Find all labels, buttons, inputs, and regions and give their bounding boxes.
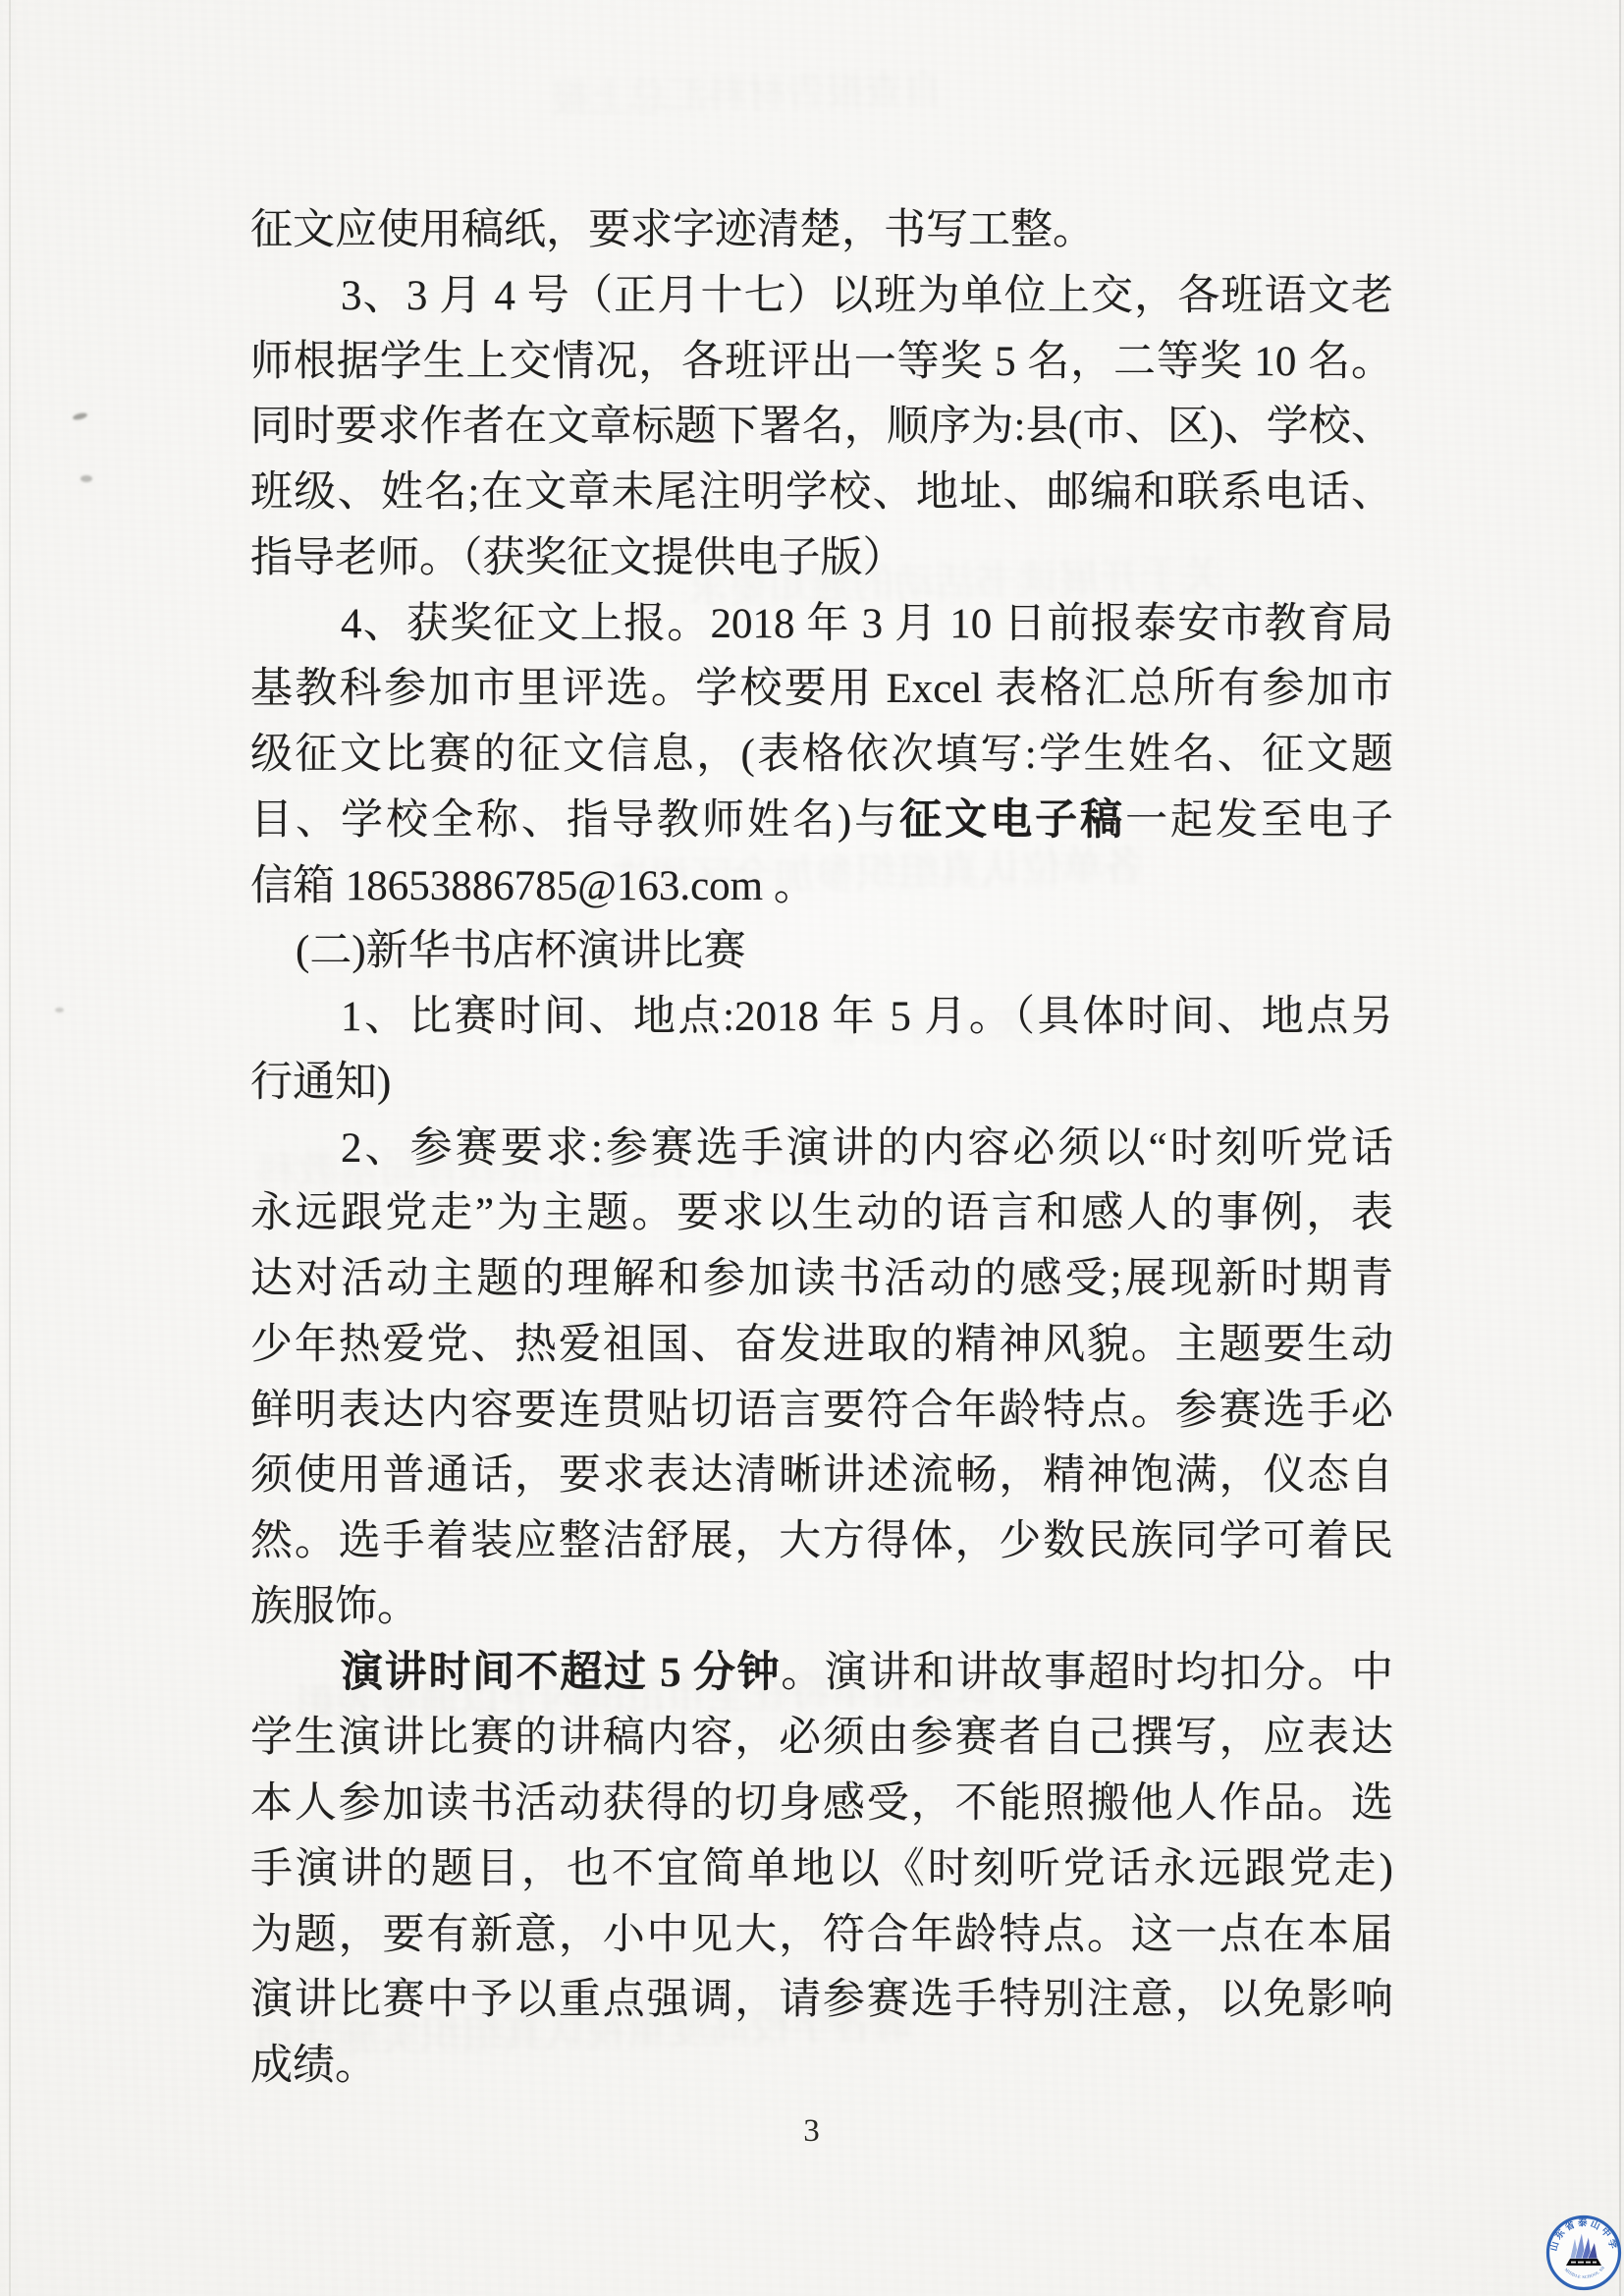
scan-edge-line-left	[9, 0, 11, 2296]
body-text: 成绩。	[250, 2043, 377, 2089]
body-text: 少年热爱党、热爱祖国、奋发进取的精神风貌。主题要生动	[250, 1322, 1393, 1368]
text-line: (二)新华书店杯演讲比赛	[250, 919, 1393, 985]
text-line: 指导老师。（获奖征文提供电子版）	[250, 526, 1393, 592]
page-number: 3	[0, 2113, 1624, 2150]
body-text: 4、获奖征文上报。2018 年 3 月 10 日前报泰安市教育局	[341, 601, 1393, 647]
text-line: 然。选手着装应整洁舒展，大方得体，少数民族同学可着民	[250, 1509, 1393, 1575]
body-text: 信箱 18653886785@163.com 。	[250, 863, 816, 909]
text-line: 演讲比赛中予以重点强调，请参赛选手特别注意，以免影响	[250, 1968, 1393, 2034]
scan-smudge	[81, 475, 92, 482]
body-text: 须使用普通话，要求表达清晰讲述流畅，精神饱满，仪态自	[250, 1452, 1393, 1499]
body-text: 演讲比赛中予以重点强调，请参赛选手特别注意，以免影响	[250, 1977, 1393, 2023]
body-text: 然。选手着装应整洁舒展，大方得体，少数民族同学可着民	[250, 1518, 1393, 1564]
text-line: 少年热爱党、热爱祖国、奋发进取的精神风貌。主题要生动	[250, 1313, 1393, 1379]
scan-smudge	[72, 411, 87, 420]
text-line: 族服饰。	[250, 1575, 1393, 1641]
body-text: 师根据学生上交情况，各班评出一等奖 5 名，二等奖 10 名。	[250, 339, 1393, 385]
text-line: 鲜明表达内容要连贯贴切语言要符合年龄特点。参赛选手必	[250, 1379, 1393, 1445]
text-line: 基教科参加市里评选。学校要用 Excel 表格汇总所有参加市	[250, 657, 1393, 723]
emphasis-text: 演讲时间不超过 5 分钟	[341, 1650, 781, 1696]
text-line: 1、比赛时间、地点:2018 年 5 月。（具体时间、地点另	[250, 985, 1393, 1051]
body-text: 同时要求作者在文章标题下署名，顺序为:县(市、区)、学校、	[250, 404, 1393, 450]
scan-edge-line-right	[1619, 0, 1621, 2296]
text-line: 目、学校全称、指导教师姓名)与征文电子稿一起发至电子	[250, 789, 1393, 854]
body-text: 基教科参加市里评选。学校要用 Excel 表格汇总所有参加市	[250, 666, 1393, 712]
body-text: 鲜明表达内容要连贯贴切语言要符合年龄特点。参赛选手必	[250, 1388, 1393, 1434]
body-text: 目、学校全称、指导教师姓名)与	[250, 797, 899, 844]
text-line: 师根据学生上交情况，各班评出一等奖 5 名，二等奖 10 名。	[250, 330, 1393, 396]
school-seal-logo: 山东省泰山中学 TAI SHAN MIDDLE SCHOOL SHANDONG	[1544, 2214, 1623, 2292]
scanned-document-page: 自查报告材料汇总上报关于开展读书活动的通知要求各单位认真组织参加全区评选时间另行…	[0, 0, 1624, 2296]
text-line: 2、参赛要求:参赛选手演讲的内容必须以“时刻听党话	[250, 1117, 1393, 1182]
body-text: 为题，要有新意，小中见大，符合年龄特点。这一点在本届	[250, 1912, 1393, 1958]
body-text: 一起发至电子	[1125, 797, 1393, 844]
text-line: 永远跟党走”为主题。要求以生动的语言和感人的事例，表	[250, 1181, 1393, 1247]
body-text: 指导老师。（获奖征文提供电子版）	[250, 535, 905, 581]
text-line: 须使用普通话，要求表达清晰讲述流畅，精神饱满，仪态自	[250, 1444, 1393, 1509]
body-text: (二)新华书店杯演讲比赛	[296, 928, 746, 974]
text-line: 信箱 18653886785@163.com 。	[250, 854, 1393, 920]
text-line: 达对活动主题的理解和参加读书活动的感受;展现新时期青	[250, 1247, 1393, 1313]
body-text: 本人参加读书活动获得的切身感受，不能照搬他人作品。选	[250, 1780, 1393, 1827]
body-text: 1、比赛时间、地点:2018 年 5 月。（具体时间、地点另	[341, 994, 1393, 1040]
text-line: 征文应使用稿纸，要求字迹清楚，书写工整。	[250, 198, 1393, 264]
body-text: 手演讲的题目，也不宜简单地以《时刻听党话永远跟党走)	[250, 1846, 1393, 1892]
scan-smudge	[55, 1008, 64, 1012]
body-text: 征文应使用稿纸，要求字迹清楚，书写工整。	[250, 207, 1095, 253]
text-line: 4、获奖征文上报。2018 年 3 月 10 日前报泰安市教育局	[250, 592, 1393, 658]
body-text: 2、参赛要求:参赛选手演讲的内容必须以“时刻听党话	[341, 1125, 1393, 1172]
text-line: 演讲时间不超过 5 分钟。演讲和讲故事超时均扣分。中	[250, 1641, 1393, 1707]
text-line: 同时要求作者在文章标题下署名，顺序为:县(市、区)、学校、	[250, 395, 1393, 461]
text-line: 行通知)	[250, 1051, 1393, 1117]
text-line: 班级、姓名;在文章未尾注明学校、地址、邮编和联系电话、	[250, 461, 1393, 526]
body-text: 级征文比赛的征文信息，(表格依次填写:学生姓名、征文题	[250, 732, 1393, 778]
emphasis-text: 征文电子稿	[899, 797, 1125, 844]
body-text: 3、3 月 4 号（正月十七）以班为单位上交，各班语文老	[341, 273, 1393, 319]
body-text: 。演讲和讲故事超时均扣分。中	[781, 1650, 1393, 1696]
text-line: 成绩。	[250, 2034, 1393, 2100]
document-body: 征文应使用稿纸，要求字迹清楚，书写工整。3、3 月 4 号（正月十七）以班为单位…	[250, 198, 1393, 2100]
text-line: 为题，要有新意，小中见大，符合年龄特点。这一点在本届	[250, 1903, 1393, 1969]
body-text: 班级、姓名;在文章未尾注明学校、地址、邮编和联系电话、	[250, 469, 1393, 516]
text-line: 学生演讲比赛的讲稿内容，必须由参赛者自己撰写，应表达	[250, 1706, 1393, 1772]
body-text: 学生演讲比赛的讲稿内容，必须由参赛者自己撰写，应表达	[250, 1715, 1393, 1761]
text-line: 级征文比赛的征文信息，(表格依次填写:学生姓名、征文题	[250, 723, 1393, 789]
bleedthrough-text: 自查报告材料汇总上报	[549, 58, 943, 124]
text-line: 3、3 月 4 号（正月十七）以班为单位上交，各班语文老	[250, 264, 1393, 330]
text-line: 手演讲的题目，也不宜简单地以《时刻听党话永远跟党走)	[250, 1837, 1393, 1903]
body-text: 达对活动主题的理解和参加读书活动的感受;展现新时期青	[250, 1256, 1393, 1302]
text-line: 本人参加读书活动获得的切身感受，不能照搬他人作品。选	[250, 1772, 1393, 1837]
body-text: 行通知)	[250, 1060, 391, 1106]
body-text: 永远跟党走”为主题。要求以生动的语言和感人的事例，表	[250, 1190, 1393, 1236]
body-text: 族服饰。	[250, 1584, 419, 1630]
